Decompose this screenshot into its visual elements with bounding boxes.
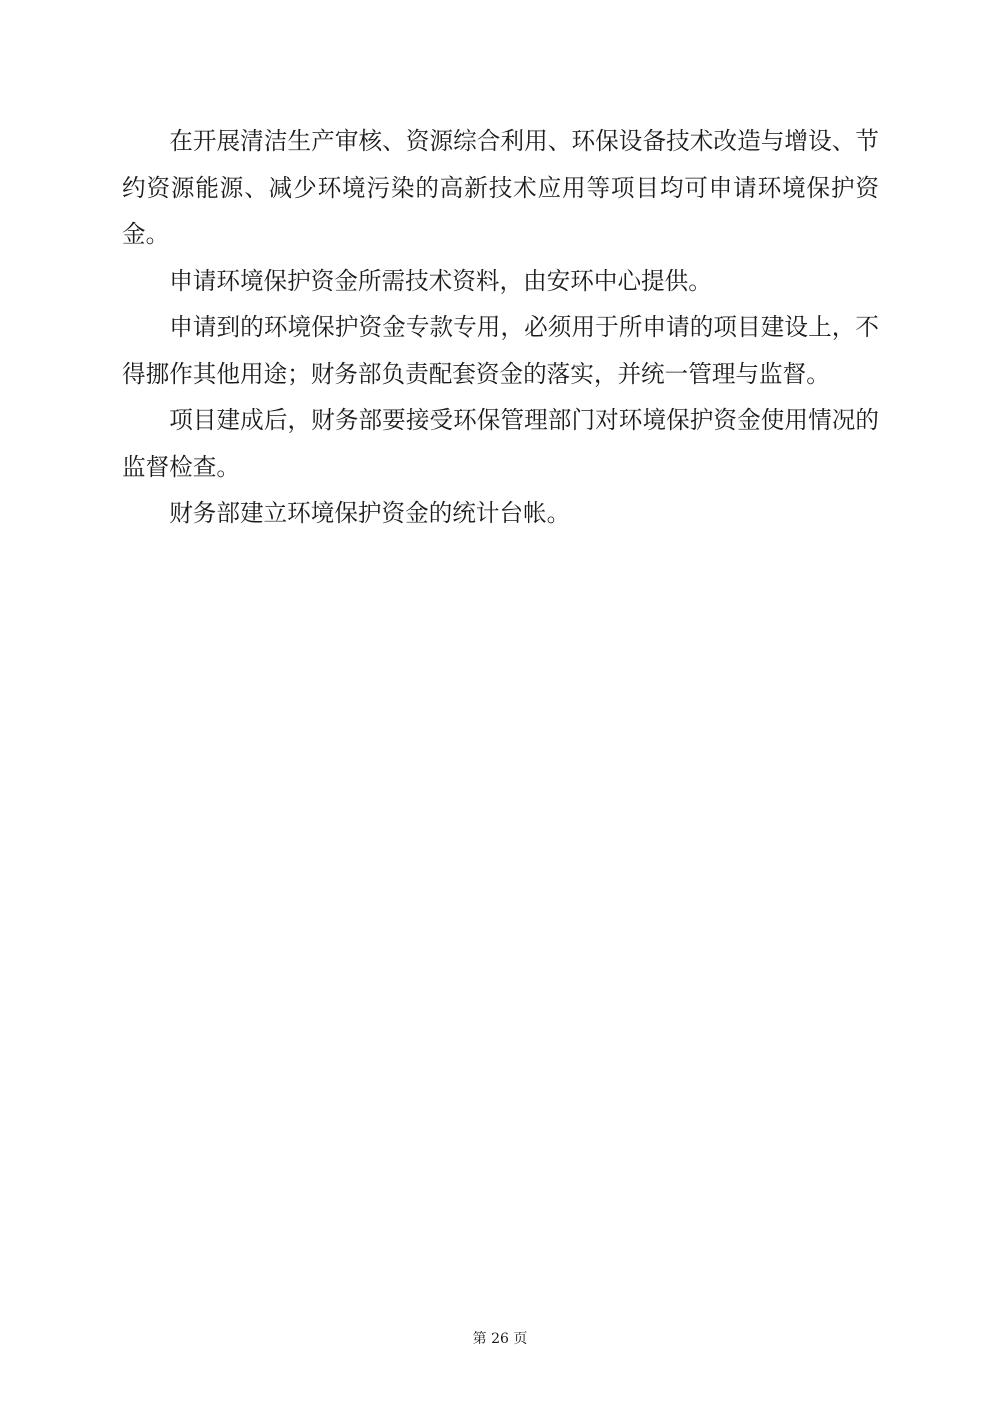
document-body: 在开展清洁生产审核、资源综合利用、环保设备技术改造与增设、节约资源能源、减少环境… — [122, 118, 879, 537]
paragraph-eligible-projects: 在开展清洁生产审核、资源综合利用、环保设备技术改造与增设、节约资源能源、减少环境… — [122, 118, 879, 258]
page-number: 第 26 页 — [473, 1331, 528, 1347]
document-page: 在开展清洁生产审核、资源综合利用、环保设备技术改造与增设、节约资源能源、减少环境… — [0, 0, 1000, 1415]
paragraph-dedicated-use: 申请到的环境保护资金专款专用，必须用于所申请的项目建设上，不得挪作其他用途；财务… — [122, 304, 879, 397]
paragraph-technical-materials: 申请环境保护资金所需技术资料，由安环中心提供。 — [122, 258, 879, 305]
paragraph-supervision: 项目建成后，财务部要接受环保管理部门对环境保护资金使用情况的监督检查。 — [122, 397, 879, 490]
page-footer: 第 26 页 — [0, 1330, 1000, 1348]
paragraph-ledger: 财务部建立环境保护资金的统计台帐。 — [122, 490, 879, 537]
